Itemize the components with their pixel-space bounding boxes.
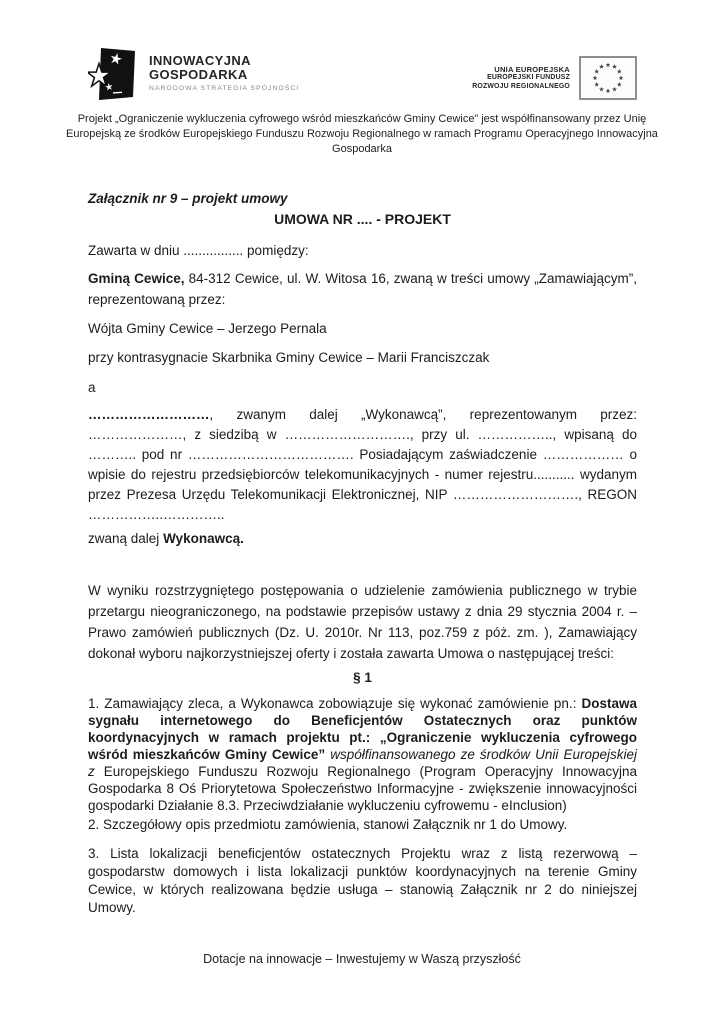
funding-note: Projekt „Ograniczenie wykluczenia cyfrow… [58,112,666,157]
party-contractor-paragraph: ………………………, zwanym dalej „Wykonawcą”, rep… [88,405,637,525]
section-1-heading: § 1 [88,669,637,686]
eu-text-line1: UNIA EUROPEJSKA [472,65,570,74]
attachment-label: Załącznik nr 9 – projekt umowy [88,190,637,207]
preamble-paragraph: W wyniku rozstrzygniętego postępowania o… [88,580,637,664]
footer-slogan: Dotacje na innowacje – Inwestujemy w Was… [0,951,724,967]
contractor-alias-line: zwaną dalej Wykonawcą. [88,528,637,549]
contract-title: UMOWA NR .... - PROJEKT [88,211,637,228]
alias-term: Wykonawcą. [163,531,244,546]
contractor-details: , zwanym dalej „Wykonawcą”, reprezentowa… [88,407,637,522]
alias-prefix: zwaną dalej [88,531,163,546]
poig-flag-icon [88,46,138,102]
eu-logo: UNIA EUROPEJSKA EUROPEJSKI FUNDUSZ ROZWO… [472,46,637,100]
representative-mayor: Wójta Gminy Cewice – Jerzego Pernala [88,318,637,339]
innovative-economy-logo: INNOWACYJNA GOSPODARKA NARODOWA STRATEGI… [88,46,299,102]
eu-logo-text: UNIA EUROPEJSKA EUROPEJSKI FUNDUSZ ROZWO… [472,65,570,91]
clause-2-paragraph: 2. Szczegółowy opis przedmiotu zamówieni… [88,816,637,833]
clause-1-intro: 1. Zamawiający zleca, a Wykonawca zobowi… [88,696,581,711]
contract-content: Załącznik nr 9 – projekt umowy UMOWA NR … [0,190,724,917]
poig-logo-text: INNOWACYJNA GOSPODARKA NARODOWA STRATEGI… [149,46,299,92]
representative-treasurer: przy kontrasygnacie Skarbnika Gminy Cewi… [88,347,637,368]
conjunction-line: a [88,377,637,398]
contractor-blank-dots: ……………………… [88,407,210,422]
poig-brand-line1: INNOWACYJNA [149,54,299,68]
poig-brand-line2: GOSPODARKA [149,68,299,82]
opening-line: Zawarta w dniu ................ pomiędzy… [88,240,637,261]
eu-text-line2: EUROPEJSKI FUNDUSZ [472,74,570,83]
header-logos: INNOWACYJNA GOSPODARKA NARODOWA STRATEGI… [0,0,724,102]
party-ordering-name: Gminą Cewice, [88,271,184,286]
clause-1-fund-details: Europejskiego Funduszu Rozwoju Regionaln… [88,764,637,813]
eu-text-line3: ROZWOJU REGIONALNEGO [472,83,570,92]
document-page: INNOWACYJNA GOSPODARKA NARODOWA STRATEGI… [0,0,724,1024]
poig-brand-subtitle: NARODOWA STRATEGIA SPÓJNOŚCI [149,85,299,92]
clause-3-paragraph: 3. Lista lokalizacji beneficjentów ostat… [88,845,637,917]
party-ordering-paragraph: Gminą Cewice, 84-312 Cewice, ul. W. Wito… [88,268,637,310]
clause-1-paragraph: 1. Zamawiający zleca, a Wykonawca zobowi… [88,695,637,814]
eu-flag-icon [579,56,637,100]
